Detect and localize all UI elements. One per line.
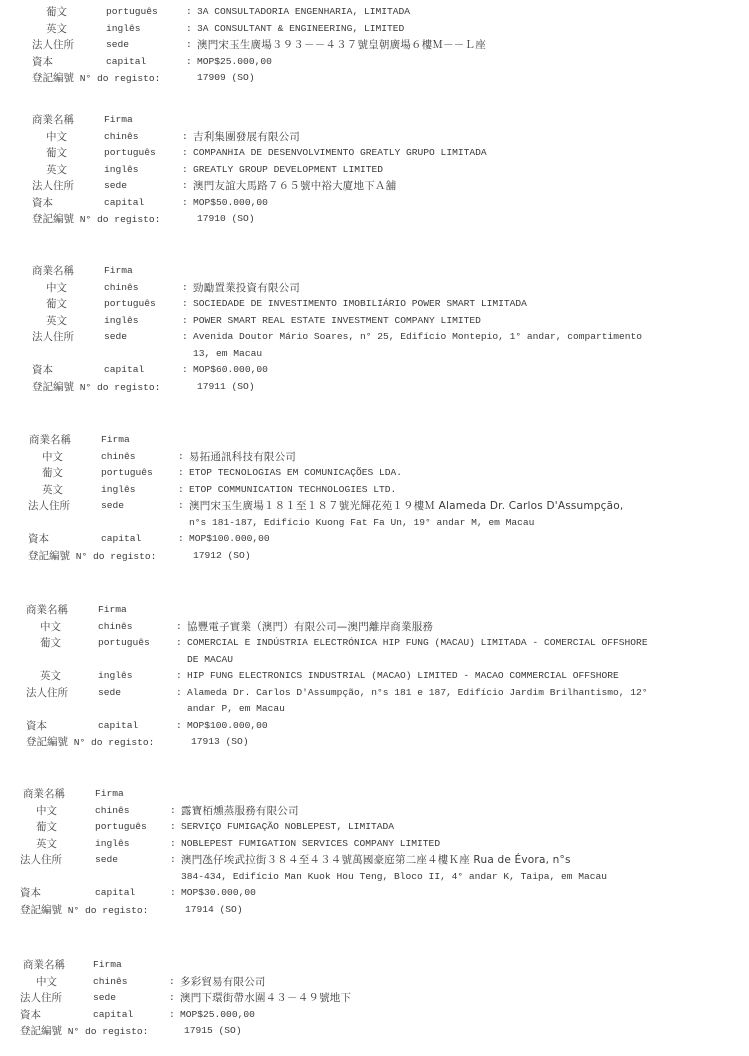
value-registo: 17912 (SO) <box>193 548 251 565</box>
field-capital: 資本 capital : MOP$100.000,00 <box>0 531 749 548</box>
label-chines-pt: chinês <box>101 449 136 466</box>
colon: : <box>186 37 192 54</box>
label-portugues-pt: português <box>101 465 153 482</box>
value-sede-line2: andar P, em Macau <box>187 701 285 718</box>
label-sede-pt: sede <box>95 852 118 869</box>
registry-entry-17914: 商業名稱 Firma 中文 chinês : 露寶栢燻蒸服務有限公司 葡文 po… <box>0 786 749 918</box>
label-capital-pt: capital <box>93 1007 133 1024</box>
field-firma: 商業名稱 Firma <box>0 432 749 449</box>
label-capital-pt: capital <box>106 54 146 71</box>
colon: : <box>170 836 176 853</box>
value-portugues: SERVIÇO FUMIGAÇÃO NOBLEPEST, LIMITADA <box>181 819 394 836</box>
colon: : <box>176 685 182 702</box>
label-capital-pt: capital <box>98 718 138 735</box>
label-firma-zh: 商業名稱 <box>23 786 65 803</box>
label-chines-pt: chinês <box>93 974 128 991</box>
label-sede-zh: 法人住所 <box>32 329 74 346</box>
field-sede: 法人住所 sede : 澳門氹仔埃武拉街３８４至４３４號萬國豪庭第二座４樓Ｋ座 … <box>0 852 749 869</box>
label-registo-pt: N° do registo: <box>80 214 161 225</box>
value-portugues: COMPANHIA DE DESENVOLVIMENTO GREATLY GRU… <box>193 145 487 162</box>
label-chines-pt: chinês <box>104 129 139 146</box>
label-chines-zh: 中文 <box>36 974 57 991</box>
field-chines: 中文 chinês : 勁勵置業投資有限公司 <box>0 280 749 297</box>
colon: : <box>182 145 188 162</box>
value-ingles: GREATLY GROUP DEVELOPMENT LIMITED <box>193 162 383 179</box>
value-sede-line1: 澳門氹仔埃武拉街３８４至４３４號萬國豪庭第二座４樓Ｋ座 Rua de Évora… <box>181 852 571 869</box>
field-registo: 登記編號 N° do registo: 17912 (SO) <box>0 548 749 565</box>
colon: : <box>186 4 192 21</box>
colon: : <box>176 635 182 652</box>
colon: : <box>182 329 188 346</box>
colon: : <box>182 313 188 330</box>
field-sede: 法人住所 sede : Avenida Doutor Mário Soares,… <box>0 329 749 346</box>
value-portugues-line1: COMERCIAL E INDÚSTRIA ELECTRÓNICA HIP FU… <box>187 635 648 652</box>
label-registo-pt: N° do registo: <box>80 73 161 84</box>
label-capital-pt: capital <box>104 195 144 212</box>
field-portugues-continuation: DE MACAU <box>0 652 749 669</box>
label-sede-pt: sede <box>101 498 124 515</box>
label-sede-pt: sede <box>98 685 121 702</box>
value-portugues: ETOP TECNOLOGIAS EM COMUNICAÇÕES LDA. <box>189 465 402 482</box>
field-capital: 資本 capital : MOP$100.000,00 <box>0 718 749 735</box>
label-firma-pt: Firma <box>98 602 127 619</box>
colon: : <box>178 449 184 466</box>
label-registo-zh: 登記編號 <box>28 550 70 562</box>
colon: : <box>170 885 176 902</box>
label-capital-zh: 資本 <box>28 531 49 548</box>
field-ingles: 英文 inglês : GREATLY GROUP DEVELOPMENT LI… <box>0 162 749 179</box>
registry-entry-17915: 商業名稱 Firma 中文 chinês : 多彩貿易有限公司 法人住所 sed… <box>0 957 749 1040</box>
field-firma: 商業名稱 Firma <box>0 602 749 619</box>
value-sede: 澳門友誼大馬路７６５號中裕大廈地下Ａ舖 <box>193 178 396 195</box>
field-chines: 中文 chinês : 露寶栢燻蒸服務有限公司 <box>0 803 749 820</box>
label-sede-pt: sede <box>104 329 127 346</box>
field-capital: 資本 capital : MOP$25.000,00 <box>0 1007 749 1024</box>
colon: : <box>178 465 184 482</box>
field-capital: 資本 capital : MOP$50.000,00 <box>0 195 749 212</box>
field-sede: 法人住所 sede : 澳門宋玉生廣場３９３－－４３７號皇朝廣場６樓Ｍ－－Ｌ座 <box>0 37 749 54</box>
value-sede-line2: 13, em Macau <box>193 346 262 363</box>
colon: : <box>182 129 188 146</box>
value-sede-line1: 澳門宋玉生廣場１８１至１８７號光輝花苑１９樓Ｍ Alameda Dr. Carl… <box>189 498 623 515</box>
label-registo-pt: N° do registo: <box>68 905 149 916</box>
label-sede-zh: 法人住所 <box>26 685 68 702</box>
label-firma-pt: Firma <box>104 112 133 129</box>
field-capital: 資本 capital : MOP$30.000,00 <box>0 885 749 902</box>
field-sede-continuation: 13, em Macau <box>0 346 749 363</box>
label-registo-zh: 登記編號 <box>20 904 62 916</box>
value-registo: 17909 (SO) <box>197 70 255 87</box>
field-registo: 登記編號 N° do registo: 17911 (SO) <box>0 379 749 396</box>
value-chines: 露寶栢燻蒸服務有限公司 <box>181 803 299 820</box>
colon: : <box>178 498 184 515</box>
field-firma: 商業名稱 Firma <box>0 263 749 280</box>
field-portugues: 葡文 português : COMPANHIA DE DESENVOLVIME… <box>0 145 749 162</box>
label-firma-zh: 商業名稱 <box>23 957 65 974</box>
field-sede-continuation: n°s 181-187, Edifício Kuong Fat Fa Un, 1… <box>0 515 749 532</box>
label-chines-zh: 中文 <box>46 129 67 146</box>
label-portugues-zh: 葡文 <box>46 145 67 162</box>
label-capital-zh: 資本 <box>32 362 53 379</box>
field-sede: 法人住所 sede : 澳門友誼大馬路７６５號中裕大廈地下Ａ舖 <box>0 178 749 195</box>
field-portugues: 葡文 português : COMERCIAL E INDÚSTRIA ELE… <box>0 635 749 652</box>
label-portugues-pt: português <box>104 145 156 162</box>
label-portugues-zh: 葡文 <box>46 296 67 313</box>
label-capital-zh: 資本 <box>32 54 53 71</box>
field-sede: 法人住所 sede : 澳門宋玉生廣場１８１至１８７號光輝花苑１９樓Ｍ Alam… <box>0 498 749 515</box>
value-ingles: NOBLEPEST FUMIGATION SERVICES COMPANY LI… <box>181 836 440 853</box>
value-sede: 澳門宋玉生廣場３９３－－４３７號皇朝廣場６樓Ｍ－－Ｌ座 <box>197 37 486 54</box>
colon: : <box>176 668 182 685</box>
field-ingles: 英文 inglês : POWER SMART REAL ESTATE INVE… <box>0 313 749 330</box>
label-portugues-pt: português <box>98 635 150 652</box>
label-firma-pt: Firma <box>95 786 124 803</box>
value-portugues: 3A CONSULTADORIA ENGENHARIA, LIMITADA <box>197 4 410 21</box>
value-chines: 勁勵置業投資有限公司 <box>193 280 300 297</box>
label-firma-zh: 商業名稱 <box>29 432 71 449</box>
label-chines-pt: chinês <box>95 803 130 820</box>
field-ingles: 英文 inglês : HIP FUNG ELECTRONICS INDUSTR… <box>0 668 749 685</box>
label-registo-pt: N° do registo: <box>74 737 155 748</box>
label-ingles-pt: inglês <box>98 668 133 685</box>
label-portugues-pt: português <box>95 819 147 836</box>
colon: : <box>170 803 176 820</box>
label-firma-pt: Firma <box>101 432 130 449</box>
value-chines: 多彩貿易有限公司 <box>180 974 266 991</box>
field-registo: 登記編號 N° do registo: 17909 (SO) <box>0 70 749 87</box>
field-chines: 中文 chinês : 協豐電子實業（澳門）有限公司—澳門離岸商業服務 <box>0 619 749 636</box>
colon: : <box>169 974 175 991</box>
value-sede-line1: Alameda Dr. Carlos D'Assumpção, n°s 181 … <box>187 685 648 702</box>
label-sede-pt: sede <box>104 178 127 195</box>
label-sede-pt: sede <box>106 37 129 54</box>
label-ingles-zh: 英文 <box>36 836 57 853</box>
colon: : <box>178 482 184 499</box>
field-registo: 登記編號 N° do registo: 17914 (SO) <box>0 902 749 919</box>
field-portugues: 葡文 português : ETOP TECNOLOGIAS EM COMUN… <box>0 465 749 482</box>
field-registo: 登記編號 N° do registo: 17910 (SO) <box>0 211 749 228</box>
label-ingles-pt: inglês <box>95 836 130 853</box>
value-capital: MOP$30.000,00 <box>181 885 256 902</box>
value-sede-line1: Avenida Doutor Mário Soares, n° 25, Edif… <box>193 329 642 346</box>
label-capital-zh: 資本 <box>20 885 41 902</box>
label-portugues-zh: 葡文 <box>40 635 61 652</box>
field-ingles: 英文 inglês : ETOP COMMUNICATION TECHNOLOG… <box>0 482 749 499</box>
value-registo: 17914 (SO) <box>185 902 243 919</box>
value-registo: 17915 (SO) <box>184 1023 242 1040</box>
label-sede-pt: sede <box>93 990 116 1007</box>
label-registo-zh: 登記編號 <box>26 736 68 748</box>
label-capital-zh: 資本 <box>26 718 47 735</box>
label-chines-pt: chinês <box>98 619 133 636</box>
field-capital: 資本 capital : MOP$25.000,00 <box>0 54 749 71</box>
colon: : <box>169 990 175 1007</box>
colon: : <box>176 619 182 636</box>
label-firma-pt: Firma <box>93 957 122 974</box>
label-portugues-pt: português <box>106 4 158 21</box>
value-capital: MOP$50.000,00 <box>193 195 268 212</box>
colon: : <box>182 362 188 379</box>
label-sede-zh: 法人住所 <box>28 498 70 515</box>
colon: : <box>169 1007 175 1024</box>
label-portugues-zh: 葡文 <box>42 465 63 482</box>
value-chines: 吉利集團發展有限公司 <box>193 129 300 146</box>
value-sede: 澳門下環街帶水圍４３－４９號地下 <box>180 990 351 1007</box>
registry-entry-17912: 商業名稱 Firma 中文 chinês : 易拓通訊科技有限公司 葡文 por… <box>0 432 749 564</box>
field-portugues: 葡文 português : SERVIÇO FUMIGAÇÃO NOBLEPE… <box>0 819 749 836</box>
value-capital: MOP$100.000,00 <box>189 531 270 548</box>
label-registo-zh: 登記編號 <box>32 72 74 84</box>
registry-entry-17911: 商業名稱 Firma 中文 chinês : 勁勵置業投資有限公司 葡文 por… <box>0 263 749 395</box>
field-chines: 中文 chinês : 吉利集團發展有限公司 <box>0 129 749 146</box>
field-chines: 中文 chinês : 多彩貿易有限公司 <box>0 974 749 991</box>
field-portugues: 葡文 português : 3A CONSULTADORIA ENGENHAR… <box>0 4 749 21</box>
field-firma: 商業名稱 Firma <box>0 112 749 129</box>
registry-page: 葡文 português : 3A CONSULTADORIA ENGENHAR… <box>0 0 749 1056</box>
label-sede-zh: 法人住所 <box>20 852 62 869</box>
field-registo: 登記編號 N° do registo: 17913 (SO) <box>0 734 749 751</box>
value-portugues: SOCIEDADE DE INVESTIMENTO IMOBILIÁRIO PO… <box>193 296 527 313</box>
registry-entry-17909: 葡文 português : 3A CONSULTADORIA ENGENHAR… <box>0 4 749 87</box>
field-sede-continuation: andar P, em Macau <box>0 701 749 718</box>
label-capital-pt: capital <box>104 362 144 379</box>
label-ingles-pt: inglês <box>106 21 141 38</box>
colon: : <box>186 54 192 71</box>
label-chines-zh: 中文 <box>40 619 61 636</box>
colon: : <box>182 195 188 212</box>
label-registo-zh: 登記編號 <box>32 213 74 225</box>
label-chines-zh: 中文 <box>42 449 63 466</box>
value-capital: MOP$100.000,00 <box>187 718 268 735</box>
label-firma-pt: Firma <box>104 263 133 280</box>
label-ingles-pt: inglês <box>101 482 136 499</box>
label-ingles-pt: inglês <box>104 162 139 179</box>
field-firma: 商業名稱 Firma <box>0 957 749 974</box>
value-sede-line2: n°s 181-187, Edifício Kuong Fat Fa Un, 1… <box>189 515 534 532</box>
value-ingles: POWER SMART REAL ESTATE INVESTMENT COMPA… <box>193 313 481 330</box>
field-sede-continuation: 384-434, Edifício Man Kuok Hou Teng, Blo… <box>0 869 749 886</box>
label-sede-zh: 法人住所 <box>32 178 74 195</box>
value-ingles: 3A CONSULTANT & ENGINEERING, LIMITED <box>197 21 404 38</box>
field-sede: 法人住所 sede : 澳門下環街帶水圍４３－４９號地下 <box>0 990 749 1007</box>
label-capital-zh: 資本 <box>20 1007 41 1024</box>
value-chines: 易拓通訊科技有限公司 <box>189 449 296 466</box>
label-registo-pt: N° do registo: <box>80 382 161 393</box>
colon: : <box>182 296 188 313</box>
registry-entry-17913: 商業名稱 Firma 中文 chinês : 協豐電子實業（澳門）有限公司—澳門… <box>0 602 749 751</box>
value-capital: MOP$60.000,00 <box>193 362 268 379</box>
colon: : <box>182 280 188 297</box>
label-chines-zh: 中文 <box>46 280 67 297</box>
registry-entry-17910: 商業名稱 Firma 中文 chinês : 吉利集團發展有限公司 葡文 por… <box>0 112 749 228</box>
label-ingles-zh: 英文 <box>46 162 67 179</box>
colon: : <box>176 718 182 735</box>
label-chines-pt: chinês <box>104 280 139 297</box>
colon: : <box>182 178 188 195</box>
value-ingles: HIP FUNG ELECTRONICS INDUSTRIAL (MACAO) … <box>187 668 619 685</box>
field-ingles: 英文 inglês : 3A CONSULTANT & ENGINEERING,… <box>0 21 749 38</box>
field-sede: 法人住所 sede : Alameda Dr. Carlos D'Assumpç… <box>0 685 749 702</box>
field-chines: 中文 chinês : 易拓通訊科技有限公司 <box>0 449 749 466</box>
label-sede-zh: 法人住所 <box>20 990 62 1007</box>
label-sede-zh: 法人住所 <box>32 37 74 54</box>
label-portugues-zh: 葡文 <box>46 4 67 21</box>
label-registo-zh: 登記編號 <box>32 381 74 393</box>
label-ingles-zh: 英文 <box>46 21 67 38</box>
label-registo-zh: 登記編號 <box>20 1025 62 1037</box>
label-ingles-zh: 英文 <box>42 482 63 499</box>
colon: : <box>182 162 188 179</box>
value-registo: 17911 (SO) <box>197 379 255 396</box>
field-capital: 資本 capital : MOP$60.000,00 <box>0 362 749 379</box>
value-chines: 協豐電子實業（澳門）有限公司—澳門離岸商業服務 <box>187 619 433 636</box>
field-ingles: 英文 inglês : NOBLEPEST FUMIGATION SERVICE… <box>0 836 749 853</box>
label-registo-pt: N° do registo: <box>76 551 157 562</box>
value-portugues-line2: DE MACAU <box>187 652 233 669</box>
label-firma-zh: 商業名稱 <box>26 602 68 619</box>
label-portugues-zh: 葡文 <box>36 819 57 836</box>
value-registo: 17910 (SO) <box>197 211 255 228</box>
label-firma-zh: 商業名稱 <box>32 263 74 280</box>
label-registo-pt: N° do registo: <box>68 1026 149 1037</box>
value-sede-line2: 384-434, Edifício Man Kuok Hou Teng, Blo… <box>181 869 607 886</box>
label-capital-zh: 資本 <box>32 195 53 212</box>
value-capital: MOP$25.000,00 <box>180 1007 255 1024</box>
value-registo: 17913 (SO) <box>191 734 249 751</box>
label-ingles-zh: 英文 <box>40 668 61 685</box>
label-capital-pt: capital <box>95 885 135 902</box>
colon: : <box>170 819 176 836</box>
value-capital: MOP$25.000,00 <box>197 54 272 71</box>
label-firma-zh: 商業名稱 <box>32 112 74 129</box>
label-ingles-zh: 英文 <box>46 313 67 330</box>
label-capital-pt: capital <box>101 531 141 548</box>
label-ingles-pt: inglês <box>104 313 139 330</box>
label-chines-zh: 中文 <box>36 803 57 820</box>
colon: : <box>186 21 192 38</box>
label-portugues-pt: português <box>104 296 156 313</box>
field-portugues: 葡文 português : SOCIEDADE DE INVESTIMENTO… <box>0 296 749 313</box>
colon: : <box>170 852 176 869</box>
field-registo: 登記編號 N° do registo: 17915 (SO) <box>0 1023 749 1040</box>
colon: : <box>178 531 184 548</box>
value-ingles: ETOP COMMUNICATION TECHNOLOGIES LTD. <box>189 482 396 499</box>
field-firma: 商業名稱 Firma <box>0 786 749 803</box>
